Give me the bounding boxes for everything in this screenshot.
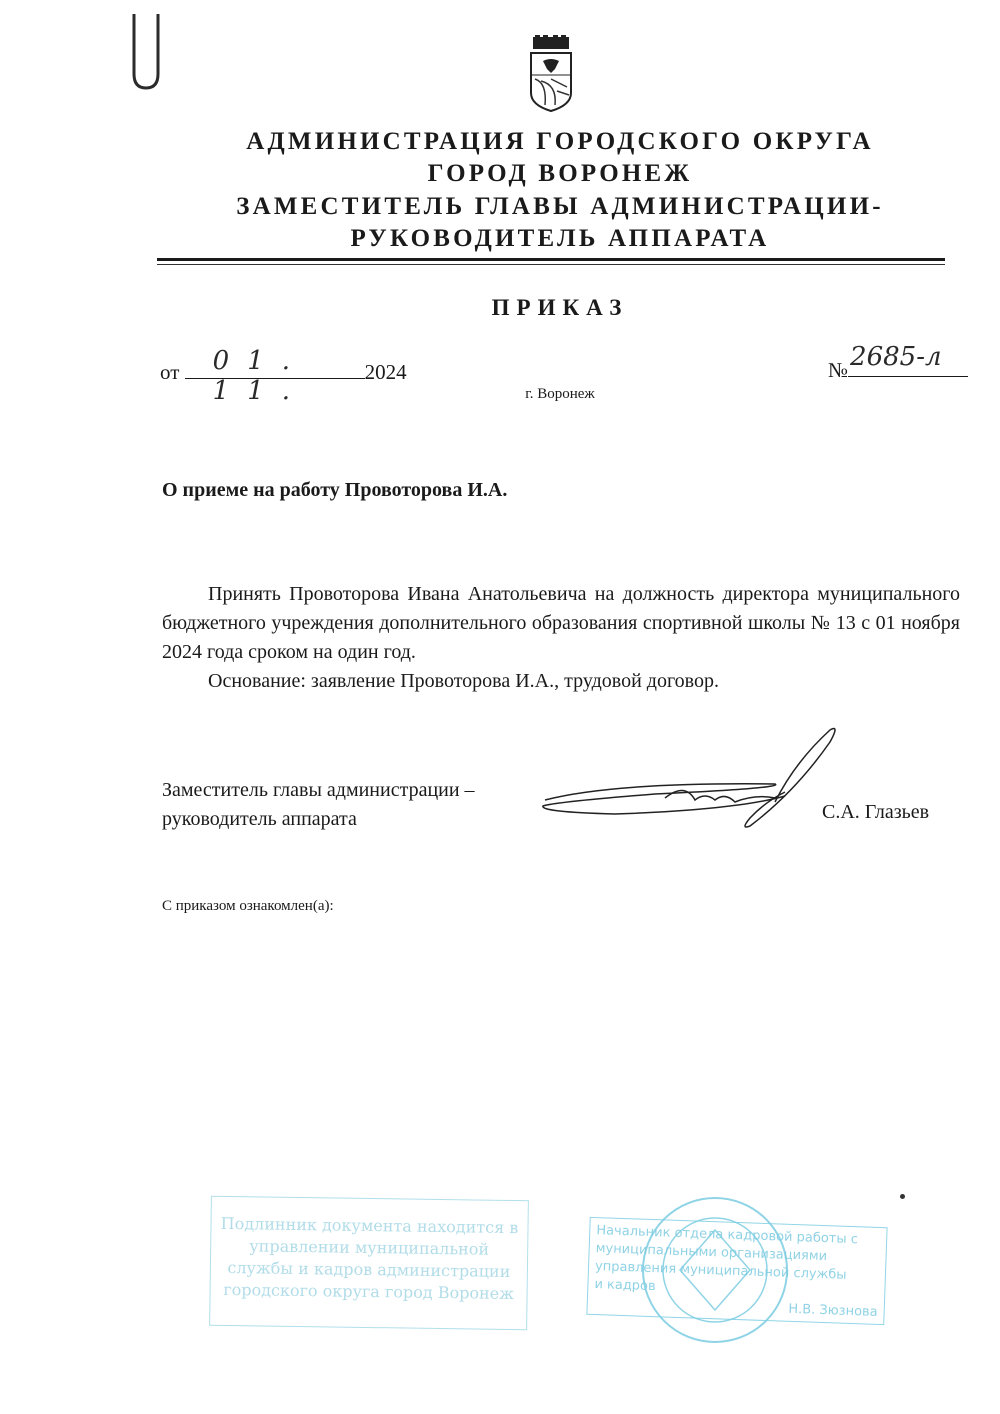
date-prefix: от	[160, 360, 179, 384]
document-title: ПРИКАЗ	[150, 295, 970, 321]
copy-certification-stamp: Начальник отдела кадровой работы с муниц…	[586, 1217, 887, 1325]
number-prefix: №	[828, 358, 848, 382]
acknowledgement-label: С приказом ознакомлен(а):	[162, 898, 334, 915]
city-label: г. Воронеж	[480, 386, 640, 403]
date-year: 2024	[365, 360, 407, 384]
header-divider-thin	[157, 264, 945, 265]
date-field: 01. 11.	[185, 358, 365, 379]
voronezh-coat-of-arms-icon	[527, 35, 575, 113]
original-location-stamp: Подлинник документа находится в управлен…	[209, 1196, 529, 1330]
header-line-1: АДМИНИСТРАЦИЯ ГОРОДСКОГО ОКРУГА	[150, 126, 970, 157]
header-divider-thick	[157, 258, 945, 261]
order-number: №2685-л	[828, 354, 968, 383]
order-body: Принять Провоторова Ивана Анатольевича н…	[162, 580, 960, 696]
scan-speck	[900, 1194, 905, 1199]
number-handwritten: 2685-л	[850, 342, 942, 372]
signatory-name: С.А. Глазьев	[822, 801, 929, 824]
order-date: от 01. 11. 2024	[160, 358, 407, 385]
order-subject: О приеме на работу Провоторова И.А.	[162, 479, 507, 502]
stamp1-line-4: городского округа город Воронеж	[210, 1279, 526, 1305]
handwritten-signature-icon	[535, 722, 845, 832]
number-field: 2685-л	[848, 354, 968, 377]
header-line-4: РУКОВОДИТЕЛЬ АППАРАТА	[150, 223, 970, 254]
signatory-position-line-2: руководитель аппарата	[162, 805, 475, 834]
body-paragraph-2: Основание: заявление Провоторова И.А., т…	[162, 667, 960, 696]
header-line-2: ГОРОД ВОРОНЕЖ	[150, 158, 970, 189]
date-handwritten: 01. 11.	[213, 346, 365, 406]
body-paragraph-1: Принять Провоторова Ивана Анатольевича н…	[162, 580, 960, 667]
signatory-position-line-1: Заместитель главы администрации –	[162, 776, 475, 805]
header-line-3: ЗАМЕСТИТЕЛЬ ГЛАВЫ АДМИНИСТРАЦИИ-	[150, 191, 970, 222]
paperclip-icon	[128, 12, 164, 92]
signatory-position: Заместитель главы администрации – руково…	[162, 776, 475, 834]
